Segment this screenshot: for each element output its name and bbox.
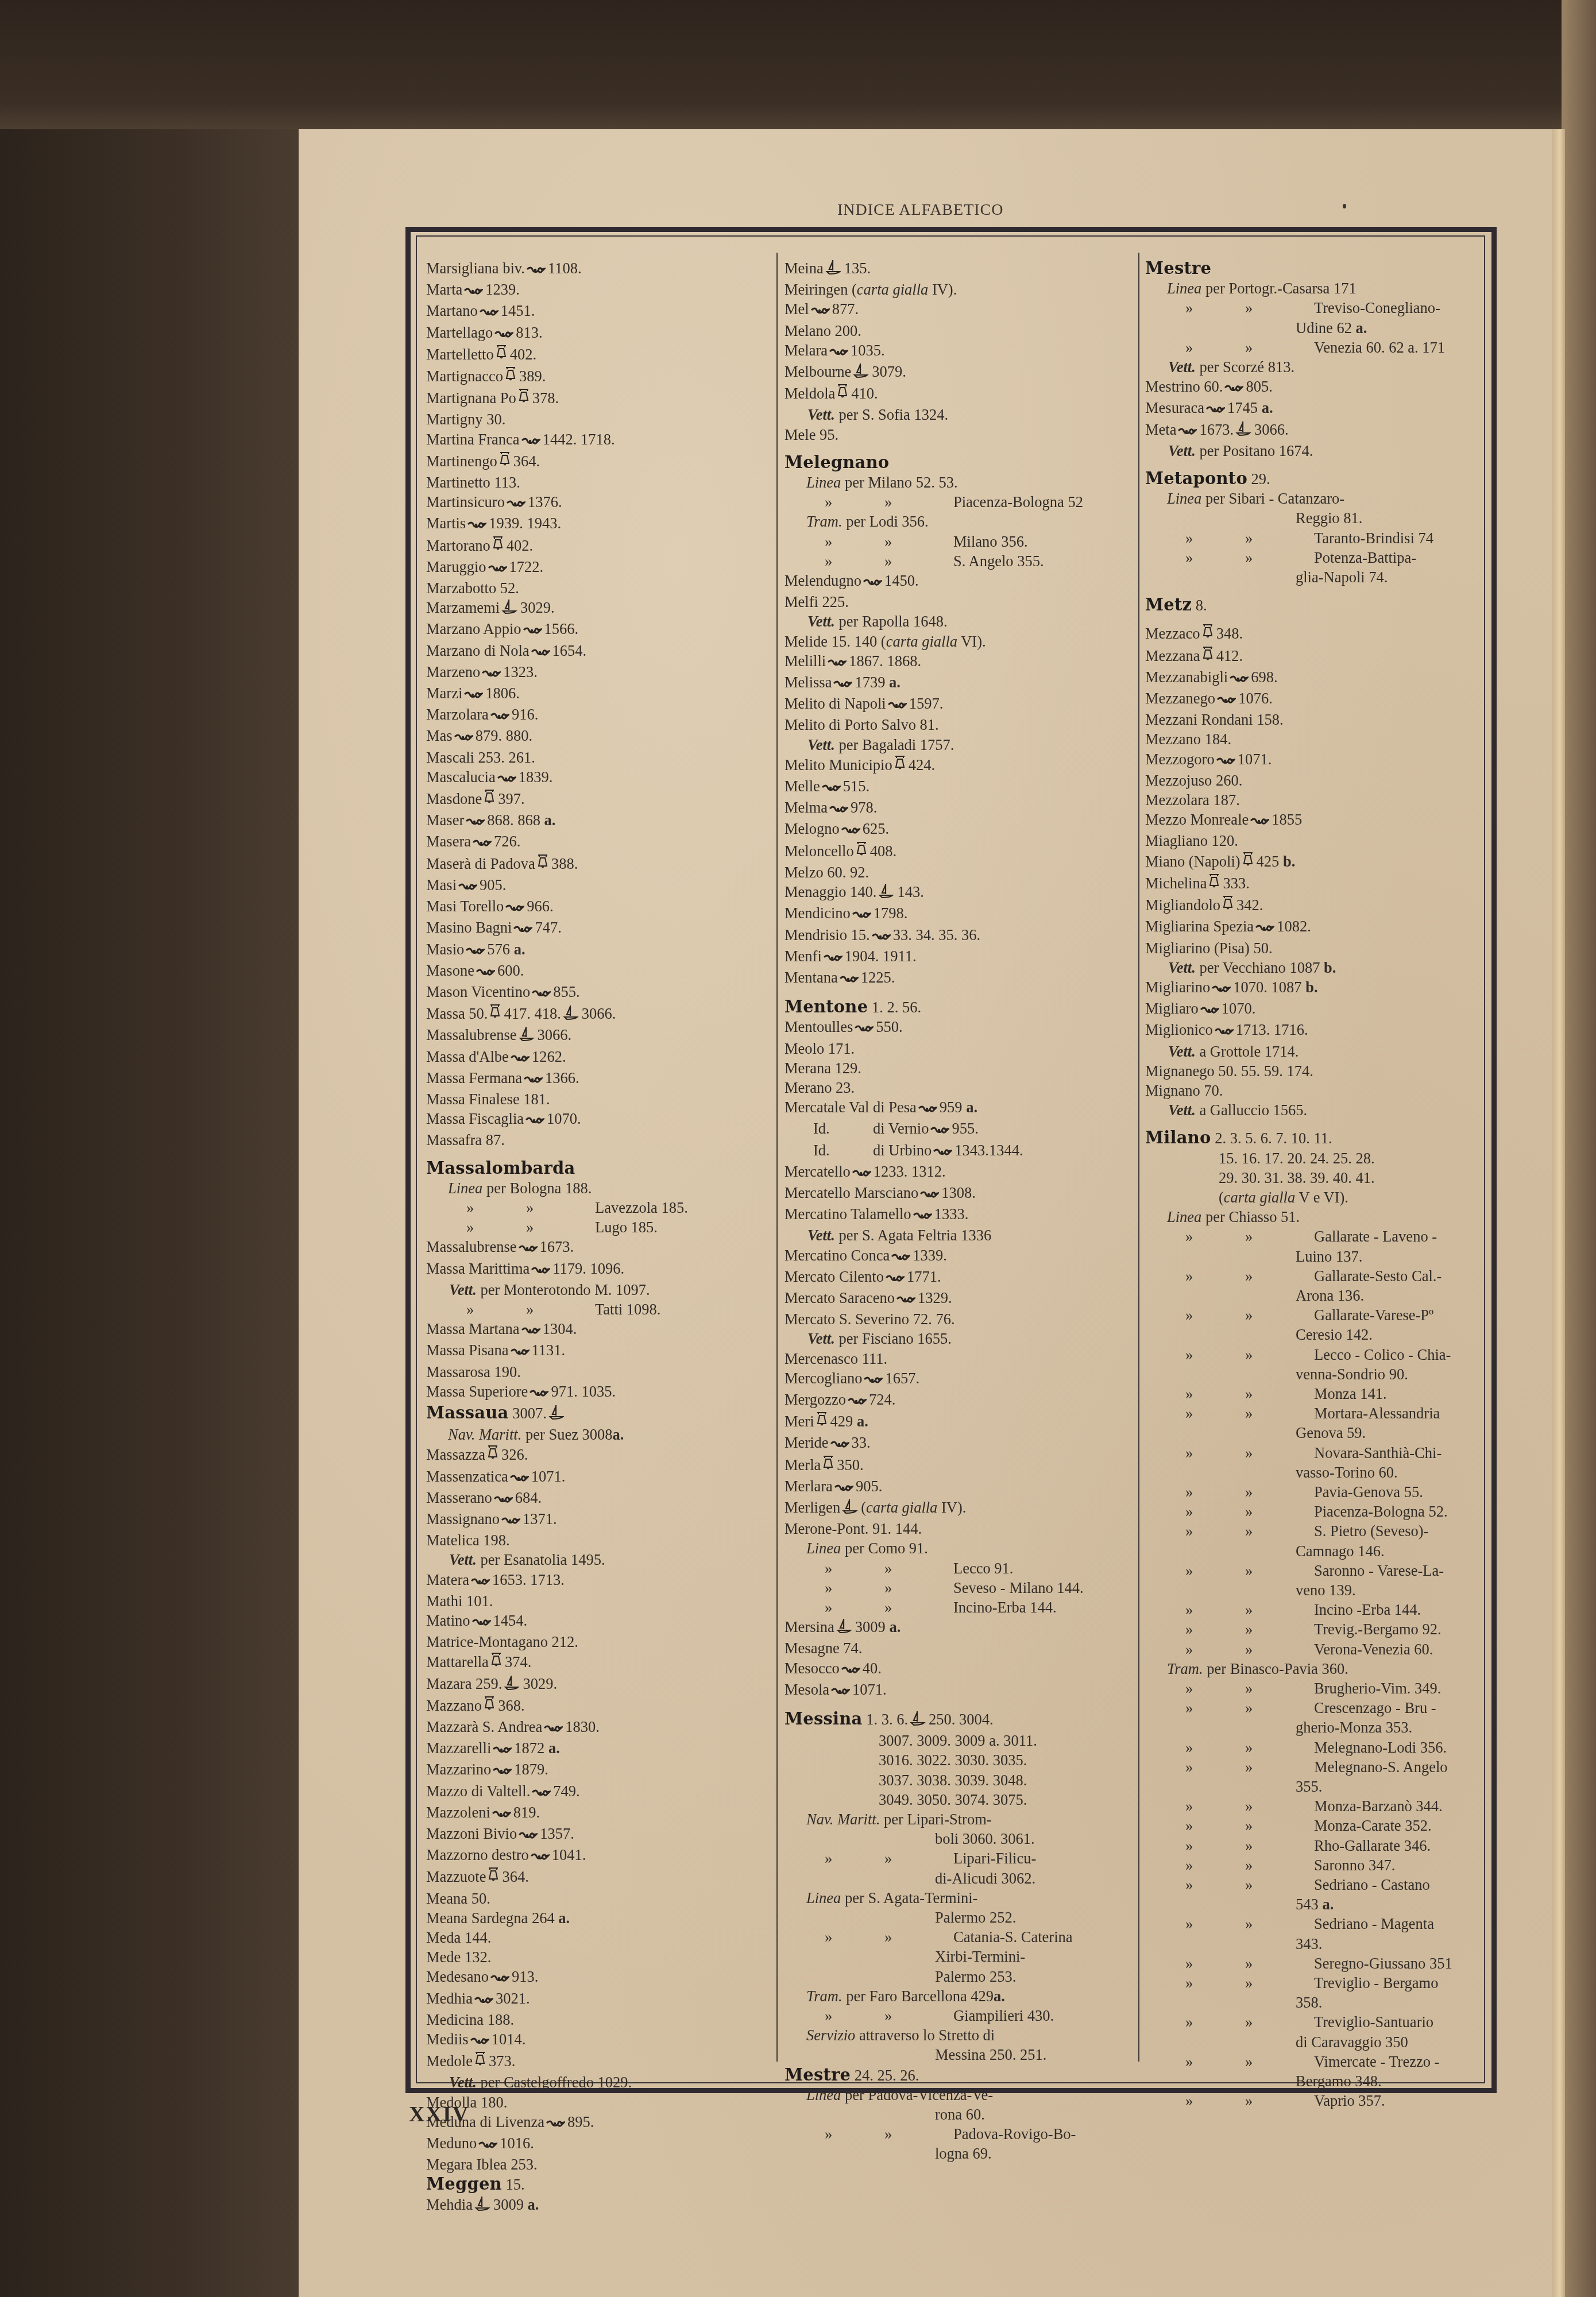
index-entry: Massa Finalese 181. bbox=[426, 1089, 765, 1109]
index-ditto-entry: »»Lecco - Colico - Chia- bbox=[1145, 1345, 1478, 1364]
entry-name: Melzo 60. 92. bbox=[785, 864, 869, 881]
route-text: per Milano 52. 53. bbox=[841, 474, 957, 491]
page-refs: 3029. bbox=[520, 599, 555, 616]
bell-symbol-icon bbox=[498, 451, 511, 473]
page-refs: glia-Napoli 74. bbox=[1296, 569, 1388, 586]
index-entry: Martignana Po378. bbox=[426, 388, 765, 409]
index-entry: Mazzuote364. bbox=[426, 1866, 765, 1888]
index-ditto-entry: »»Seveso - Milano 144. bbox=[785, 1578, 1124, 1598]
index-entry: Merla350. bbox=[785, 1455, 1124, 1476]
route-text: Taranto-Brindisi 74 bbox=[1314, 529, 1433, 547]
page-refs: di Caravaggio 350 bbox=[1296, 2033, 1408, 2051]
index-entry: Massa Marittima1179. 1096. bbox=[426, 1259, 765, 1280]
index-entry: Meiringen (carta gialla IV). bbox=[785, 280, 1124, 299]
bell-symbol-icon bbox=[489, 1003, 501, 1025]
index-subentry: Linea per Sibari - Catanzaro- bbox=[1145, 489, 1478, 508]
route-type-label: Linea bbox=[806, 1889, 841, 1907]
route-text: Vaprio 357. bbox=[1314, 2092, 1385, 2109]
tram-symbol-icon bbox=[490, 706, 509, 726]
tram-symbol-icon bbox=[529, 1383, 548, 1403]
tram-symbol-icon bbox=[463, 281, 483, 301]
ditto-mark: » bbox=[1245, 548, 1314, 567]
page-refs: 1673. bbox=[540, 1238, 574, 1255]
entry-name: Menaggio 140. bbox=[785, 883, 876, 900]
entry-name: Melissa bbox=[785, 674, 832, 691]
page-refs: Bergamo 348. bbox=[1296, 2072, 1382, 2090]
page-refs: 3016. 3022. 3030. 3035. bbox=[879, 1751, 1027, 1769]
page-refs: Palermo 252. bbox=[935, 1909, 1016, 1926]
index-ditto-entry: »»Gallarate-Sesto Cal.- bbox=[1145, 1266, 1478, 1286]
tram-symbol-icon bbox=[525, 1111, 544, 1130]
index-entry: Masdone397. bbox=[426, 788, 765, 810]
entry-name: Migliaro bbox=[1145, 1000, 1199, 1017]
tram-symbol-icon bbox=[546, 2114, 565, 2133]
ditto-mark: » bbox=[825, 1598, 884, 1617]
page-refs: 1035. bbox=[851, 342, 885, 359]
index-ditto-entry: »»S. Angelo 355. bbox=[785, 551, 1124, 571]
entry-name: Megara Iblea 253. bbox=[426, 2156, 538, 2173]
entry-name: Mercogliano bbox=[785, 1370, 862, 1387]
tram-symbol-icon bbox=[472, 1612, 491, 1632]
route-text: Rho-Gallarate 346. bbox=[1314, 1837, 1431, 1854]
ditto-mark: » bbox=[1245, 1227, 1314, 1246]
index-entry: Melissa1739 a. bbox=[785, 672, 1124, 694]
index-ditto-entry: »»Incino-Erba 144. bbox=[785, 1598, 1124, 1617]
entry-name: Mesocco bbox=[785, 1660, 840, 1677]
route-type-label: Linea bbox=[806, 1540, 841, 1557]
entry-name: Miagliano 120. bbox=[1145, 832, 1238, 849]
page-refs: VI). bbox=[957, 633, 986, 650]
route-text: Giampilieri 430. bbox=[953, 2007, 1054, 2024]
page-refs: 3066. bbox=[582, 1005, 616, 1022]
ditto-mark: » bbox=[1185, 298, 1245, 318]
page-refs: Luino 137. bbox=[1296, 1248, 1362, 1265]
tram-symbol-icon bbox=[830, 1681, 850, 1701]
index-idem-entry: Id.di Urbino1343.1344. bbox=[785, 1140, 1124, 1162]
index-entry: Medolla 180. bbox=[426, 2093, 765, 2112]
page-refs: 342. bbox=[1236, 896, 1263, 914]
entry-name: Mercatino Talamello bbox=[785, 1205, 911, 1223]
index-ditto-entry: »»S. Pietro (Seveso)- bbox=[1145, 1521, 1478, 1541]
tram-symbol-icon bbox=[497, 769, 516, 788]
bell-symbol-icon bbox=[483, 788, 496, 810]
ship-symbol-icon bbox=[503, 1675, 520, 1695]
index-entry: Meana 50. bbox=[426, 1889, 765, 1908]
index-entry: Mele 95. bbox=[785, 425, 1124, 444]
entry-name: Mentana bbox=[785, 969, 838, 986]
index-entry: Massa d'Albe1262. bbox=[426, 1047, 765, 1068]
entry-name: Marzabotto 52. bbox=[426, 579, 519, 597]
index-entry: Meta1673.3066. bbox=[1145, 420, 1478, 441]
tram-symbol-icon bbox=[852, 905, 871, 925]
tram-symbol-icon bbox=[1211, 979, 1231, 999]
index-entry: Meduna di Livenza895. bbox=[426, 2112, 765, 2133]
index-entry: Massa Fiscaglia1070. bbox=[426, 1109, 765, 1130]
index-entry: Menfi1904. 1911. bbox=[785, 946, 1124, 968]
route-text: per Esanatolia 1495. bbox=[477, 1551, 605, 1568]
page-refs: 1070. 1087 bbox=[1233, 979, 1301, 996]
index-entry: Melzo 60. 92. bbox=[785, 863, 1124, 882]
index-continuation: Xirbi-Termini- bbox=[785, 1947, 1124, 1966]
index-continuation: (carta gialla V e VI). bbox=[1145, 1188, 1478, 1207]
index-ditto-entry: »»Taranto-Brindisi 74 bbox=[1145, 528, 1478, 548]
page-refs: 726. bbox=[494, 833, 520, 850]
entry-name: Meduno bbox=[426, 2134, 477, 2152]
index-entry: Melfi 225. bbox=[785, 592, 1124, 612]
index-entry: Mede 132. bbox=[426, 1947, 765, 1967]
page-refs: 1371. bbox=[523, 1510, 557, 1528]
index-entry: Medole373. bbox=[426, 2051, 765, 2072]
index-entry: Migliaro1070. bbox=[1145, 999, 1478, 1020]
entry-name: Maruggio bbox=[426, 558, 486, 575]
route-text: per Chiasso 51. bbox=[1201, 1208, 1300, 1225]
ditto-mark: » bbox=[1245, 1521, 1314, 1541]
tram-symbol-icon bbox=[505, 898, 524, 918]
page-refs: 1. 2. 56. bbox=[868, 999, 921, 1016]
page-refs: Reggio 81. bbox=[1296, 509, 1362, 527]
ditto-mark: » bbox=[1185, 1855, 1245, 1875]
index-ditto-entry: »»Catania-S. Caterina bbox=[785, 1927, 1124, 1947]
ditto-mark: » bbox=[1245, 1738, 1314, 1757]
entry-name: Medicina 188. bbox=[426, 2011, 514, 2028]
index-heading: Meggen 15. bbox=[426, 2174, 765, 2194]
page-refs: 1597. bbox=[909, 695, 944, 712]
page-refs: 1014. bbox=[492, 2031, 526, 2048]
tram-symbol-icon bbox=[494, 324, 513, 344]
scan-background-left bbox=[0, 0, 299, 2297]
tram-symbol-icon bbox=[1250, 811, 1269, 831]
index-entry: Martelletto402. bbox=[426, 344, 765, 366]
page-refs: V e VI). bbox=[1295, 1189, 1348, 1206]
route-text: per Portogr.-Casarsa 171 bbox=[1201, 280, 1356, 297]
entry-name: Melito di Napoli bbox=[785, 695, 886, 712]
page-refs: 966. bbox=[527, 898, 553, 915]
ditto-mark: » bbox=[1245, 2091, 1314, 2110]
index-continuation: di-Alicudi 3062. bbox=[785, 1869, 1124, 1888]
index-continuation: Palermo 253. bbox=[785, 1967, 1124, 1986]
tram-symbol-icon bbox=[841, 821, 860, 840]
note-italic: carta gialla bbox=[857, 281, 928, 298]
ship-symbol-icon bbox=[518, 1026, 535, 1046]
entry-name: Mazzarelli bbox=[426, 1739, 491, 1757]
index-continuation: 15. 16. 17. 20. 24. 25. 28. bbox=[1145, 1148, 1478, 1168]
index-entry: Mattarella374. bbox=[426, 1652, 765, 1673]
entry-name: Melide 15. 140 ( bbox=[785, 633, 886, 650]
index-entry: Martinengo364. bbox=[426, 451, 765, 473]
index-subentry: Servizio attraverso lo Stretto di bbox=[785, 2025, 1124, 2045]
index-entry: Martis1939. 1943. bbox=[426, 513, 765, 535]
index-ditto-entry: »»Lavezzola 185. bbox=[426, 1198, 765, 1217]
index-ditto-entry: »»Mortara-Alessandria bbox=[1145, 1403, 1478, 1423]
page-edge bbox=[1552, 129, 1565, 2297]
ditto-mark: » bbox=[1245, 1836, 1314, 1855]
page-refs: 747. bbox=[535, 919, 561, 936]
index-entry: Mezzani Rondani 158. bbox=[1145, 710, 1478, 729]
tram-symbol-icon bbox=[810, 301, 830, 320]
entry-name: Massa 50. bbox=[426, 1005, 488, 1022]
page-refs: 1739 bbox=[855, 674, 885, 691]
page-refs: venna-Sondrio 90. bbox=[1296, 1366, 1408, 1383]
ditto-mark: » bbox=[1245, 1796, 1314, 1816]
index-entry: Melendugno1450. bbox=[785, 571, 1124, 592]
route-text: a Grottole 1714. bbox=[1196, 1043, 1299, 1060]
index-entry: Massa Pisana1131. bbox=[426, 1340, 765, 1362]
index-entry: Mesagne 74. bbox=[785, 1638, 1124, 1658]
page-refs: 1442. 1718. bbox=[543, 431, 615, 448]
vettura-label: Vett. bbox=[449, 2074, 477, 2091]
tram-symbol-icon bbox=[458, 877, 477, 896]
entry-name: Massa Pisana bbox=[426, 1341, 509, 1359]
page-refs: vasso-Torino 60. bbox=[1296, 1464, 1398, 1481]
index-entry: Mazzarà S. Andrea1830. bbox=[426, 1717, 765, 1738]
route-text: per Rapolla 1648. bbox=[835, 613, 948, 630]
index-entry: Meldola410. bbox=[785, 383, 1124, 405]
entry-name: Mercatello bbox=[785, 1163, 851, 1180]
entry-name: Menfi bbox=[785, 948, 822, 965]
ship-symbol-icon bbox=[562, 1004, 579, 1025]
page-refs: 3037. 3038. 3039. 3048. bbox=[879, 1772, 1027, 1789]
page-refs: 1131. bbox=[532, 1341, 566, 1359]
page-refs: 1872 bbox=[514, 1739, 544, 1757]
index-ditto-entry: »»Monza-Carate 352. bbox=[1145, 1816, 1478, 1835]
entry-name: Miano (Napoli) bbox=[1145, 853, 1241, 870]
index-continuation: 3016. 3022. 3030. 3035. bbox=[785, 1750, 1124, 1770]
index-subentry: Linea per S. Agata-Termini- bbox=[785, 1888, 1124, 1908]
tram-symbol-icon bbox=[521, 1321, 540, 1340]
page-refs: 326. bbox=[501, 1446, 528, 1463]
route-text: per Castelgoffredo 1029. bbox=[477, 2074, 632, 2091]
index-entry: Mentana1225. bbox=[785, 968, 1124, 989]
entry-name: Mentoulles bbox=[785, 1018, 853, 1035]
page-refs: 1653. 1713. bbox=[492, 1571, 565, 1588]
index-continuation: di Caravaggio 350 bbox=[1145, 2032, 1478, 2052]
index-entry: Melle515. bbox=[785, 776, 1124, 798]
index-continuation: Luino 137. bbox=[1145, 1247, 1478, 1266]
index-ditto-entry: »»Melegnano-Lodi 356. bbox=[1145, 1738, 1478, 1757]
tram-symbol-icon bbox=[1255, 918, 1274, 938]
scan-background-right bbox=[1562, 0, 1596, 2297]
index-entry: Merano 23. bbox=[785, 1078, 1124, 1097]
entry-name: Melendugno bbox=[785, 572, 861, 589]
entry-name: Mezzana bbox=[1145, 647, 1200, 664]
tram-symbol-icon bbox=[470, 1572, 490, 1591]
scan-background-top bbox=[0, 0, 1596, 129]
index-entry: Mathi 101. bbox=[426, 1591, 765, 1611]
index-entry: Mercatello1233. 1312. bbox=[785, 1162, 1124, 1183]
page-refs: 3007. 3009. 3009 a. 3011. bbox=[879, 1732, 1037, 1749]
ditto-mark: » bbox=[825, 1849, 884, 1868]
entry-name: Mas bbox=[426, 727, 453, 744]
entry-name: Marzano Appio bbox=[426, 620, 521, 637]
route-type-label: Nav. Maritt. bbox=[448, 1426, 521, 1443]
index-vettura-entry: Vett. per Scorzé 813. bbox=[1145, 357, 1478, 377]
index-continuation: Palermo 252. bbox=[785, 1908, 1124, 1927]
ditto-mark: » bbox=[1245, 2012, 1314, 2032]
page-refs: 1343.1344. bbox=[954, 1142, 1023, 1159]
entry-name: Mezzani Rondani 158. bbox=[1145, 711, 1284, 728]
index-entry: Mezzaco348. bbox=[1145, 623, 1478, 645]
entry-name: Matelica 198. bbox=[426, 1532, 510, 1549]
route-text: Verona-Venezia 60. bbox=[1314, 1641, 1433, 1658]
page-refs: 955. bbox=[952, 1120, 978, 1137]
page-refs: 1450. bbox=[884, 572, 919, 589]
page-refs: 3066. bbox=[538, 1026, 572, 1043]
entry-name: Mesola bbox=[785, 1681, 829, 1698]
tram-symbol-icon bbox=[492, 1761, 512, 1781]
page-refs: 724. bbox=[869, 1391, 895, 1408]
page-refs: 1904. 1911. bbox=[845, 948, 917, 965]
tram-symbol-icon bbox=[531, 643, 550, 662]
route-type-label: Servizio bbox=[806, 2027, 855, 2044]
ditto-mark: » bbox=[884, 2124, 953, 2144]
index-continuation: 343. bbox=[1145, 1934, 1478, 1954]
index-continuation: 3049. 3050. 3074. 3075. bbox=[785, 1790, 1124, 1809]
entry-name: Mascali 253. 261. bbox=[426, 749, 535, 766]
index-entry: Massafra 87. bbox=[426, 1130, 765, 1150]
ditto-mark: » bbox=[1245, 1266, 1314, 1286]
bell-symbol-icon bbox=[487, 1866, 500, 1888]
tram-symbol-icon bbox=[1216, 751, 1235, 771]
tram-symbol-icon bbox=[518, 1826, 538, 1845]
page-refs: 350. bbox=[837, 1456, 863, 1474]
index-continuation: Ceresio 142. bbox=[1145, 1325, 1478, 1344]
entry-name: Mezzanabigli bbox=[1145, 668, 1228, 686]
page-refs: 1867. 1868. bbox=[849, 652, 921, 670]
tram-symbol-icon bbox=[1177, 421, 1197, 441]
route-text: Melegnano-S. Angelo bbox=[1314, 1758, 1448, 1776]
heading-name: Massalombarda bbox=[426, 1158, 575, 1178]
tram-symbol-icon bbox=[521, 431, 540, 451]
tram-symbol-icon bbox=[472, 833, 492, 853]
index-entry: Meolo 171. bbox=[785, 1039, 1124, 1058]
index-heading: Milano 2. 3. 5. 6. 7. 10. 11. bbox=[1145, 1128, 1478, 1148]
vettura-label: Vett. bbox=[449, 1281, 477, 1298]
bell-symbol-icon bbox=[836, 383, 849, 405]
entry-name: Medhia bbox=[426, 1990, 473, 2007]
entry-name: Mezzolara 187. bbox=[1145, 791, 1240, 809]
index-subentry: Linea per Portogr.-Casarsa 171 bbox=[1145, 279, 1478, 298]
index-subentry: Tram. per Binasco-Pavia 360. bbox=[1145, 1659, 1478, 1679]
page-refs: 1713. 1716. bbox=[1236, 1021, 1308, 1038]
route-text: Lecco - Colico - Chia- bbox=[1314, 1346, 1451, 1363]
tram-symbol-icon bbox=[478, 2135, 497, 2155]
entry-name: Masi bbox=[426, 876, 457, 894]
route-text: Potenza-Battipa- bbox=[1314, 549, 1416, 566]
index-entry: Melilli1867. 1868. bbox=[785, 651, 1124, 672]
route-text: per Bagaladi 1757. bbox=[835, 736, 954, 753]
entry-name: Mignanego 50. 55. 59. 174. bbox=[1145, 1062, 1313, 1080]
entry-name: Mezzojuso 260. bbox=[1145, 772, 1242, 789]
suffix-letter: a. bbox=[994, 1987, 1005, 2005]
page-refs: 625. bbox=[863, 820, 889, 837]
page-refs: 3049. 3050. 3074. 3075. bbox=[879, 1791, 1027, 1808]
page-refs: 2. 3. 5. 6. 7. 10. 11. bbox=[1211, 1130, 1332, 1147]
tram-symbol-icon bbox=[1205, 400, 1225, 419]
ditto-mark: » bbox=[1245, 338, 1314, 357]
tram-symbol-icon bbox=[543, 1719, 563, 1738]
index-entry: Massa 50.417. 418.3066. bbox=[426, 1003, 765, 1025]
tram-symbol-icon bbox=[518, 1239, 538, 1258]
index-entry: Mercatale Val di Pesa959 a. bbox=[785, 1097, 1124, 1119]
entry-name: Massalubrense bbox=[426, 1026, 517, 1043]
ship-symbol-icon bbox=[501, 598, 518, 619]
index-entry: Matelica 198. bbox=[426, 1530, 765, 1550]
page-number: XXIV bbox=[409, 2102, 469, 2127]
index-entry: Mercato S. Severino 72. 76. bbox=[785, 1309, 1124, 1329]
index-entry: Martinetto 113. bbox=[426, 473, 765, 492]
ditto-mark: » bbox=[1185, 1679, 1245, 1698]
bell-symbol-icon bbox=[1201, 645, 1214, 667]
tram-symbol-icon bbox=[1214, 1022, 1234, 1041]
entry-name: Mathi 101. bbox=[426, 1592, 493, 1610]
page-refs: 515. bbox=[843, 778, 870, 795]
page-refs: 1304. bbox=[543, 1320, 577, 1337]
entry-name: Mediis bbox=[426, 2031, 469, 2048]
page-refs: 868. 868 bbox=[487, 811, 540, 829]
entry-name: Mele 95. bbox=[785, 426, 838, 443]
entry-name: Meri bbox=[785, 1413, 814, 1430]
entry-name: Martinengo bbox=[426, 453, 497, 470]
index-entry: Mazzarino1879. bbox=[426, 1760, 765, 1781]
page-refs: 1233. 1312. bbox=[874, 1163, 946, 1180]
page-refs: 1339. bbox=[913, 1247, 947, 1264]
vettura-label: Vett. bbox=[807, 736, 835, 753]
entry-name: Mezzo Monreale bbox=[1145, 811, 1249, 828]
heading-name: Mestre bbox=[1145, 258, 1211, 278]
index-entry: Medicina 188. bbox=[426, 2010, 765, 2029]
index-entry: Meina135. bbox=[785, 258, 1124, 280]
index-entry: Mezzojuso 260. bbox=[1145, 771, 1478, 790]
bell-symbol-icon bbox=[894, 755, 906, 776]
ship-symbol-icon bbox=[1235, 420, 1252, 441]
entry-name: Massa Superiore bbox=[426, 1383, 528, 1400]
bell-symbol-icon bbox=[486, 1444, 499, 1466]
index-entry: Massalubrense1673. bbox=[426, 1237, 765, 1258]
heading-name: Melegnano bbox=[785, 453, 889, 472]
index-heading: Messina 1. 3. 6.250. 3004. bbox=[785, 1709, 1124, 1731]
entry-name: Martinsicuro bbox=[426, 493, 505, 511]
route-text: Treviglio-Santuario bbox=[1314, 2013, 1433, 2031]
tram-symbol-icon bbox=[834, 1478, 853, 1498]
index-entry: Mazzarelli1872 a. bbox=[426, 1738, 765, 1760]
ditto-mark: » bbox=[1245, 1561, 1314, 1580]
bell-symbol-icon bbox=[536, 853, 549, 875]
page-refs: 348. bbox=[1216, 625, 1243, 642]
index-ditto-entry: »»Piacenza-Bologna 52 bbox=[785, 492, 1124, 512]
index-entry: Melito Municipio424. bbox=[785, 755, 1124, 776]
route-text: per Vecchiano 1087 bbox=[1196, 959, 1320, 976]
tram-symbol-icon bbox=[896, 1290, 915, 1309]
route-type-label: Tram. bbox=[806, 1987, 843, 2005]
index-entry: Mercato Cilento1771. bbox=[785, 1267, 1124, 1288]
tram-symbol-icon bbox=[454, 728, 473, 747]
ditto-mark: » bbox=[1185, 1619, 1245, 1639]
index-entry: Massa Superiore971. 1035. bbox=[426, 1382, 765, 1403]
route-type-label: Nav. Maritt. bbox=[806, 1811, 880, 1828]
route-text: Piacenza-Bologna 52 bbox=[953, 493, 1083, 511]
index-heading: Massaua 3007. bbox=[426, 1403, 765, 1425]
bell-symbol-icon bbox=[1208, 873, 1220, 895]
index-continuation: 3007. 3009. 3009 a. 3011. bbox=[785, 1731, 1124, 1750]
entry-name: Mezzogoro bbox=[1145, 751, 1215, 768]
route-text: Sedriano - Magenta bbox=[1314, 1915, 1434, 1932]
index-ditto-entry: »»Pavia-Genova 55. bbox=[1145, 1482, 1478, 1502]
route-text: Seregno-Giussano 351 bbox=[1314, 1955, 1452, 1972]
page-refs: 1179. 1096. bbox=[552, 1260, 624, 1277]
index-entry: Megara Iblea 253. bbox=[426, 2155, 765, 2174]
index-entry: Martigny 30. bbox=[426, 409, 765, 429]
ship-symbol-icon bbox=[548, 1404, 565, 1425]
